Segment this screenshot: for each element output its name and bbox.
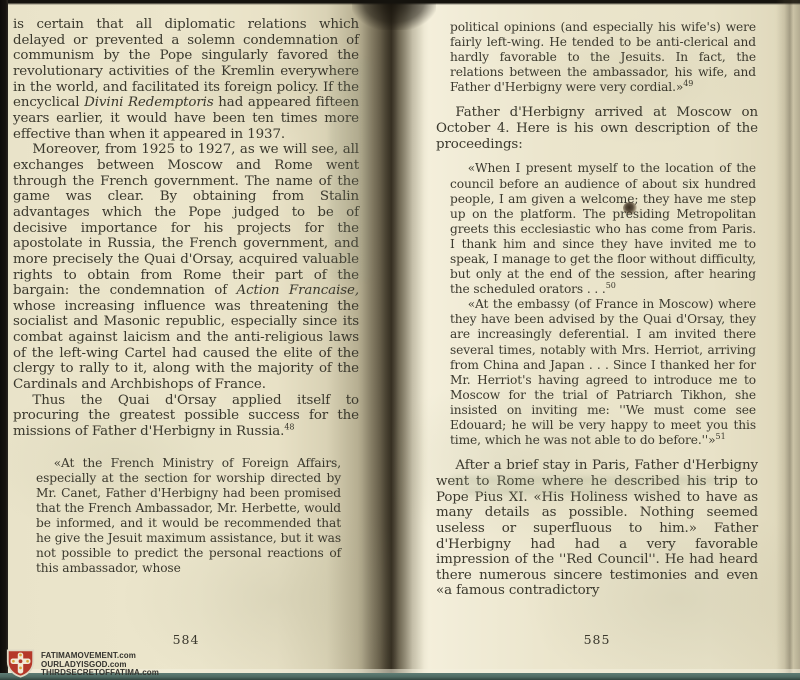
paragraph: Thus the Quai d'Orsay applied itself to … (13, 393, 359, 440)
paragraph: «When I present myself to the location o… (450, 161, 756, 297)
text-run: «At the French Ministry of Foreign Affai… (36, 456, 341, 575)
paragraph: political opinions (and especially his w… (450, 20, 756, 95)
text-run: Divini Redemptoris (84, 95, 214, 110)
scan-top-edge (0, 0, 800, 5)
watermark-site: THIRDSECRETOFFATIMA.com (41, 669, 159, 678)
right-page-text: political opinions (and especially his w… (436, 20, 758, 599)
text-run: Moreover, from 1925 to 1927, as we will … (13, 142, 359, 298)
paragraph: «At the embassy (of France in Moscow) wh… (450, 297, 756, 448)
left-page-number: 584 (13, 632, 359, 647)
text-run: whose increasing influence was threateni… (13, 299, 359, 392)
left-page: is certain that all diplomatic relations… (8, 0, 392, 680)
footnote-ref: 49 (683, 79, 693, 88)
paragraph: «At the French Ministry of Foreign Affai… (36, 456, 341, 576)
paragraph: After a brief stay in Paris, Father d'He… (436, 458, 758, 599)
scan-left-edge (0, 0, 8, 680)
text-run: «At the embassy (of France in Moscow) wh… (450, 297, 756, 447)
shield-cross-logo-icon (5, 649, 36, 678)
text-run: Thus the Quai d'Orsay applied itself to … (13, 393, 359, 439)
paragraph: Father d'Herbigny arrived at Moscow on O… (436, 105, 758, 152)
book-scan: is certain that all diplomatic relations… (0, 0, 800, 680)
right-page: political opinions (and especially his w… (392, 0, 800, 680)
text-run: After a brief stay in Paris, Father d'He… (436, 458, 758, 598)
text-run: Action Francaise, (237, 283, 360, 298)
footnote-ref: 48 (284, 423, 294, 432)
left-page-text: is certain that all diplomatic relations… (13, 17, 359, 576)
watermark-links: FATIMAMOVEMENT.com OURLADYISGOD.com THIR… (41, 649, 159, 678)
watermark: FATIMAMOVEMENT.com OURLADYISGOD.com THIR… (5, 649, 159, 678)
text-run: Father d'Herbigny arrived at Moscow on O… (436, 105, 758, 151)
footnote-ref: 50 (606, 281, 616, 290)
paragraph: is certain that all diplomatic relations… (13, 17, 359, 142)
right-page-number: 585 (436, 632, 758, 647)
footnote-ref: 51 (715, 432, 725, 441)
ink-blot (623, 202, 637, 214)
text-run: «When I present myself to the location o… (450, 161, 756, 296)
paragraph: Moreover, from 1925 to 1927, as we will … (13, 142, 359, 393)
text-run: political opinions (and especially his w… (450, 20, 756, 94)
